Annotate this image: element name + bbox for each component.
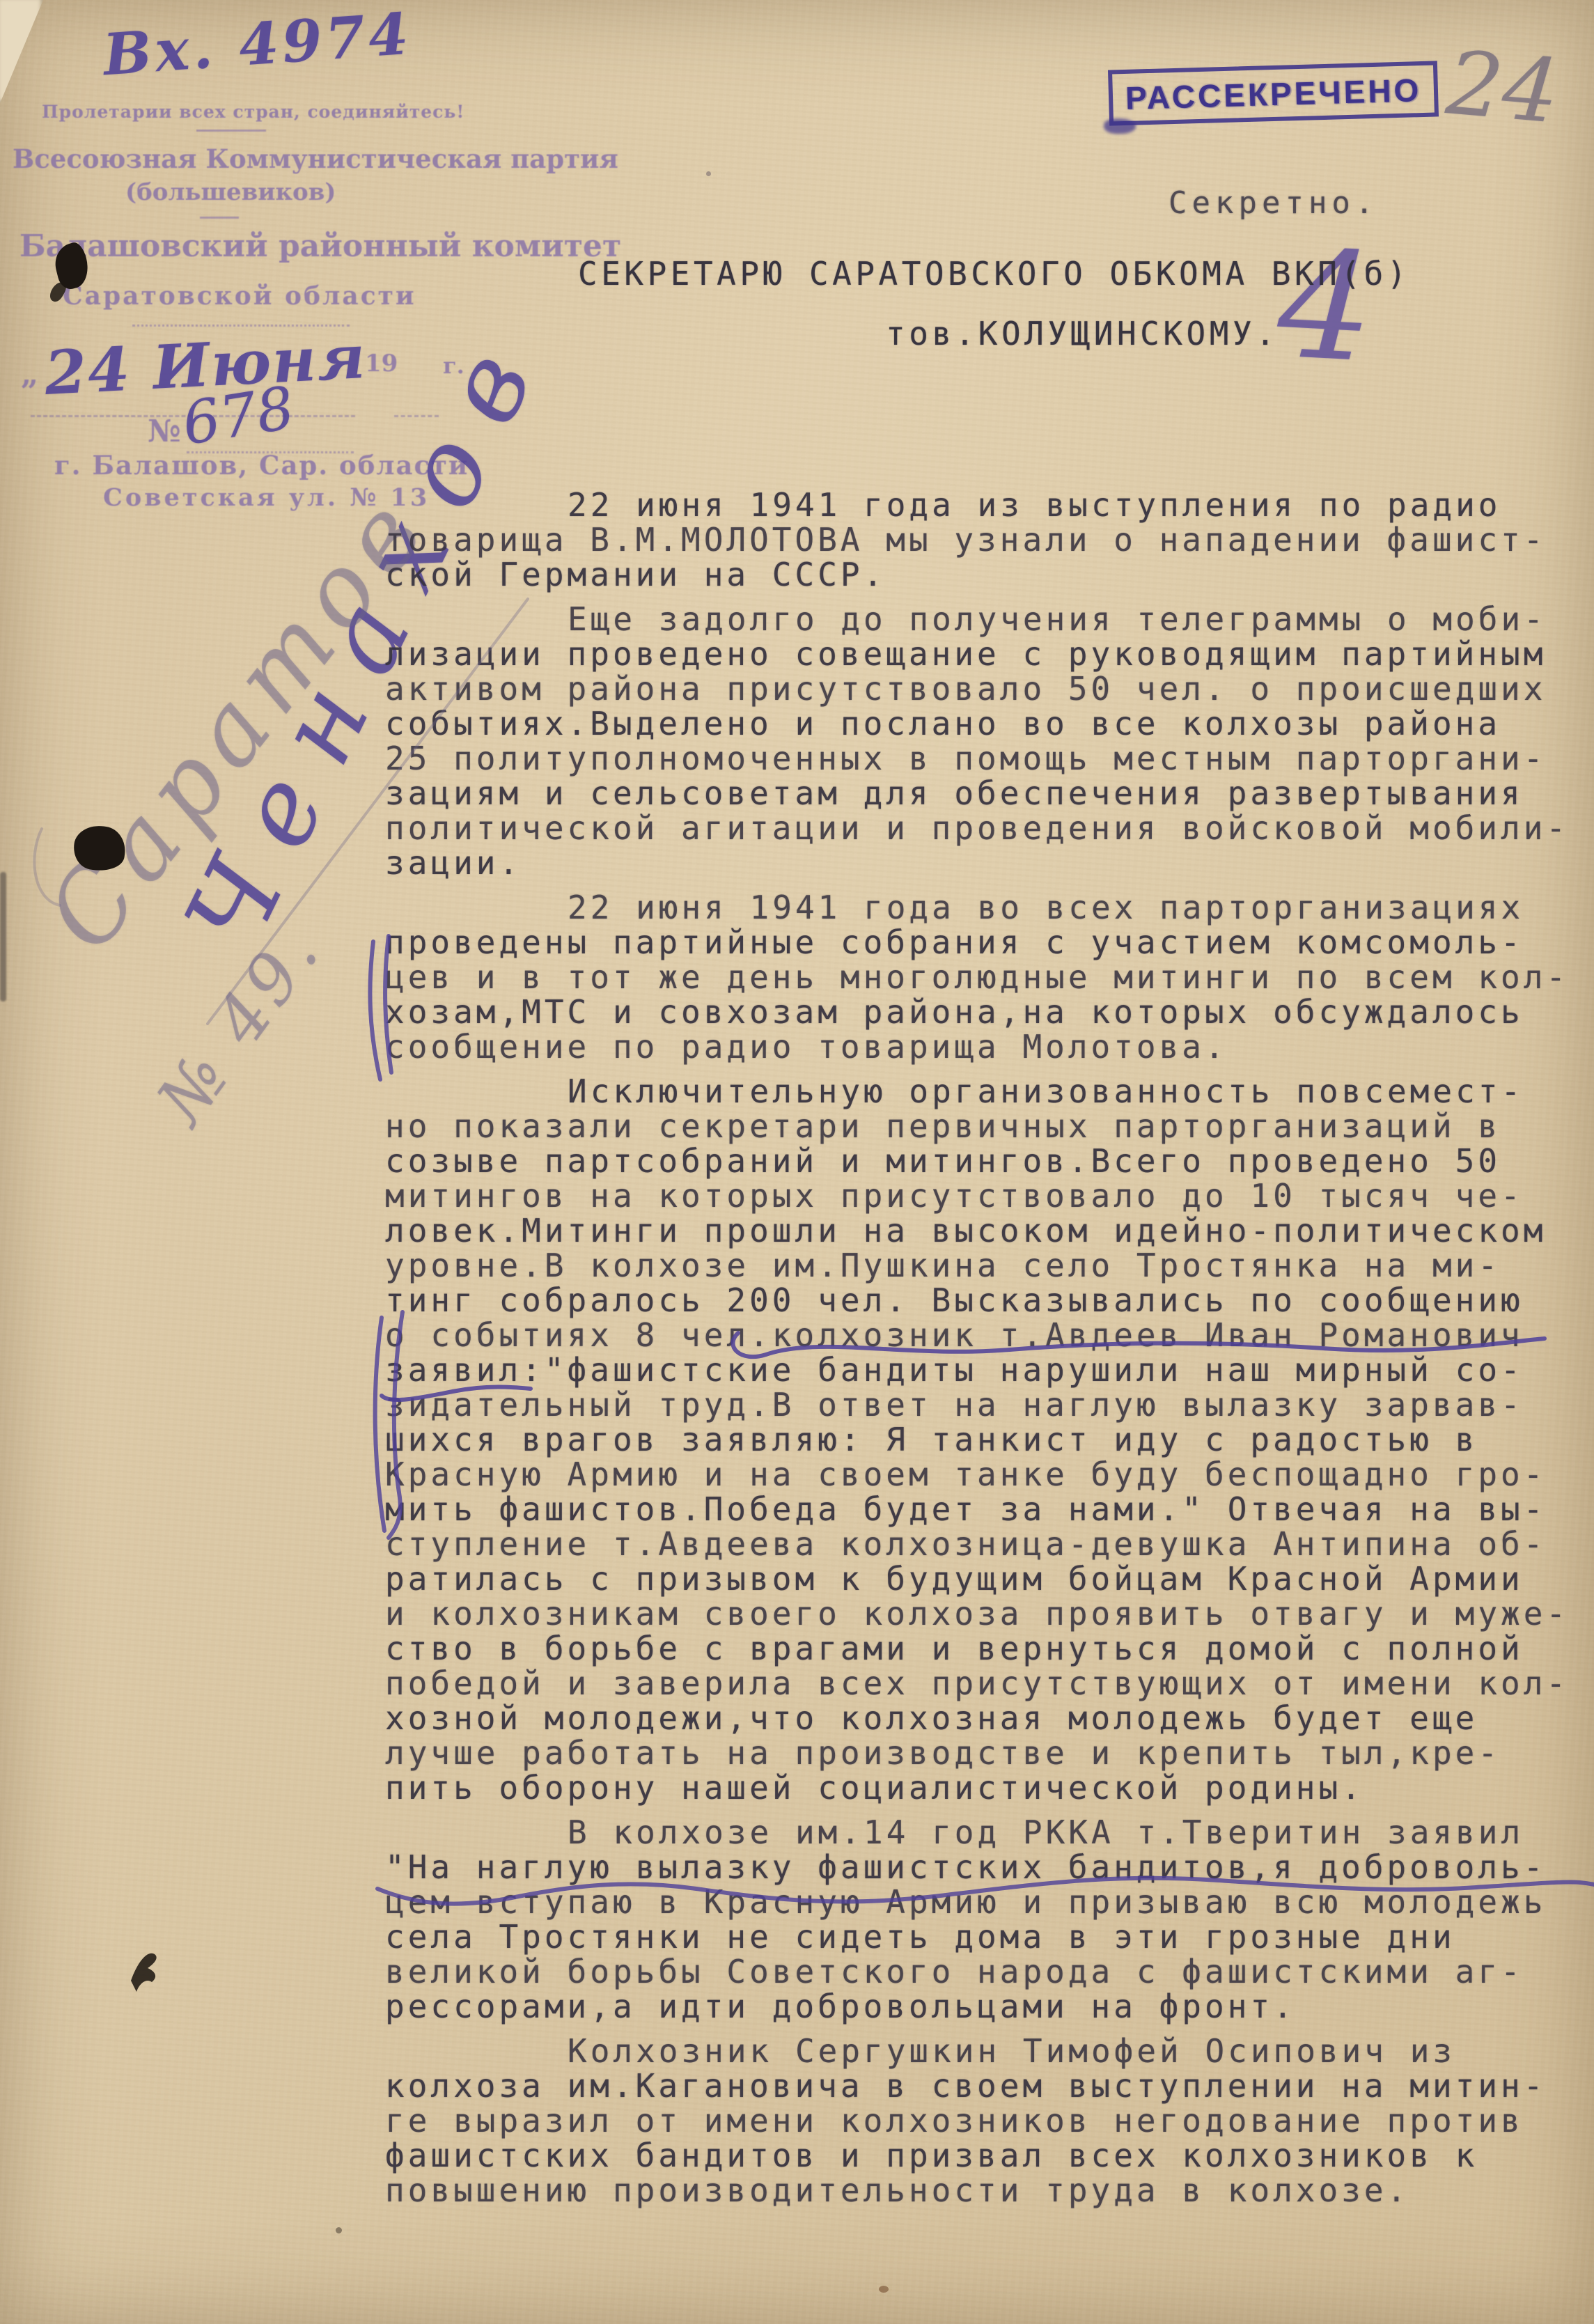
body-line: фашистских бандитов и призвал всех колхо… <box>385 2138 1594 2173</box>
recipient-line1: СЕКРЕТАРЮ САРАТОВСКОГО ОБКОМА ВКП(б) <box>578 255 1410 293</box>
letterhead-divider <box>196 130 266 132</box>
body-line: митингов на которых присутствовало до 10… <box>385 1178 1594 1213</box>
body-line: тинг собралось 200 чел. Высказывались по… <box>385 1283 1594 1318</box>
torn-corner <box>0 0 43 103</box>
body-line: зации. <box>385 845 1594 880</box>
body-line: 25 политуполномоченных в помощь местным … <box>385 741 1594 776</box>
body-line: Еще задолго до получения телеграммы о мо… <box>385 602 1594 637</box>
page-number-pencil: 24 <box>1443 31 1563 143</box>
body-line: зидательный труд.В ответ на наглую вылаз… <box>385 1387 1594 1422</box>
secrecy-label: Секретно. <box>1169 185 1378 221</box>
body-line: шихся врагов заявляю: Я танкист иду с ра… <box>385 1422 1594 1457</box>
paper-speck <box>706 171 711 176</box>
body-line: В колхозе им.14 год РККА т.Тверитин заяв… <box>385 1815 1594 1850</box>
year-preprint: 19 <box>365 350 398 377</box>
body-line: рессорами,а идти добровольцами на фронт. <box>385 1989 1594 2024</box>
body-line: товарища В.М.МОЛОТОВА мы узнали о нападе… <box>385 522 1594 557</box>
body-line: о событиях 8 чел.колхозник т.Авдеев Иван… <box>385 1318 1594 1352</box>
body-line: активом района присутствовало 50 чел. о … <box>385 671 1594 706</box>
body-line: 22 июня 1941 года во всех парторганизаци… <box>385 890 1594 925</box>
scan-edge-artifact <box>0 872 6 1001</box>
date-opening-quote: „ <box>21 357 38 392</box>
resolution-mark-handwritten: 4 <box>1274 218 1378 396</box>
body-line: Колхозник Сергушкин Тимофей Осипович из <box>385 2034 1594 2068</box>
recipient-line2: тов.КОЛУЩИНСКОМУ. <box>886 315 1279 352</box>
body-line: пить оборону нашей социалистической роди… <box>385 1770 1594 1805</box>
body-line: хозам,МТС и совхозам района,на которых о… <box>385 995 1594 1029</box>
letterhead-party-line2: (большевиков) <box>125 178 313 206</box>
declassified-stamp: РАССЕКРЕЧЕНО <box>1108 61 1439 125</box>
body-line: проведены партийные собрания с участием … <box>385 925 1594 960</box>
body-line: ступление т.Авдеева колхозница-девушка А… <box>385 1527 1594 1561</box>
body-line: но показали секретари первичных парторга… <box>385 1109 1594 1144</box>
letterhead-party-line1: Всесоюзная Коммунистическая партия <box>13 143 441 174</box>
body-line: победой и заверила всех присутствующих о… <box>385 1666 1594 1701</box>
body-line: сообщение по радио товарища Молотова. <box>385 1029 1594 1064</box>
body-line: ской Германии на СССР. <box>385 557 1594 592</box>
body-line: Красную Армию и на своем танке буду бесп… <box>385 1457 1594 1492</box>
body-line: цем вступаю в Красную Армию и призываю в… <box>385 1885 1594 1919</box>
letterhead-motto: Пролетарии всех стран, соединяйтесь! <box>42 102 390 122</box>
body-text: 22 июня 1941 года из выступления по ради… <box>385 488 1594 2208</box>
document-page: Вх. 4974 Пролетарии всех стран, соединяй… <box>0 0 1594 2324</box>
letterhead-divider <box>200 217 239 219</box>
letterhead-region: Саратовской области <box>63 281 390 311</box>
body-line: ство в борьбе с врагами и вернуться домо… <box>385 1631 1594 1666</box>
body-line: событиях.Выделено и послано во все колхо… <box>385 706 1594 741</box>
body-line: созыве партсобраний и митингов.Всего про… <box>385 1144 1594 1178</box>
body-line: цев и в тот же день многолюдные митинги … <box>385 960 1594 995</box>
incoming-number-handwritten: Вх. 4974 <box>101 1 414 89</box>
number-sign: № <box>148 414 181 449</box>
body-line: великой борьбы Советского народа с фашис… <box>385 1954 1594 1989</box>
body-line: "На наглую вылазку фашистских бандитов,я… <box>385 1850 1594 1885</box>
body-line: зациям и сельсоветам для обеспечения раз… <box>385 776 1594 811</box>
ink-mark-small <box>131 1953 157 1992</box>
body-line: Исключительную организованность повсемес… <box>385 1074 1594 1109</box>
body-line: лучше работать на производстве и крепить… <box>385 1736 1594 1770</box>
body-line: заявил:"фашистские бандиты нарушили наш … <box>385 1352 1594 1387</box>
body-line: уровне.В колхозе им.Пушкина село Тростян… <box>385 1248 1594 1283</box>
paper-speck <box>879 2286 889 2293</box>
body-line: мить фашистов.Победа будет за нами." Отв… <box>385 1492 1594 1527</box>
body-line: ратилась с призывом к будущим бойцам Кра… <box>385 1561 1594 1596</box>
body-line: 22 июня 1941 года из выступления по ради… <box>385 488 1594 522</box>
body-line: лизации проведено совещание с руководящи… <box>385 637 1594 671</box>
body-line: села Тростянки не сидеть дома в эти гроз… <box>385 1919 1594 1954</box>
paper-speck <box>336 2227 342 2233</box>
body-line: повышению производительности труда в кол… <box>385 2173 1594 2208</box>
body-line: и колхозникам своего колхоза проявить от… <box>385 1596 1594 1631</box>
body-line: хозной молодежи,что колхозная молодежь б… <box>385 1701 1594 1736</box>
body-line: ловек.Митинги прошли на высоком идейно-п… <box>385 1213 1594 1248</box>
body-line: политической агитации и проведения войск… <box>385 811 1594 845</box>
body-line: ге выразил от имени колхозников негодова… <box>385 2103 1594 2138</box>
body-line: колхоза им.Кагановича в своем выступлени… <box>385 2068 1594 2103</box>
